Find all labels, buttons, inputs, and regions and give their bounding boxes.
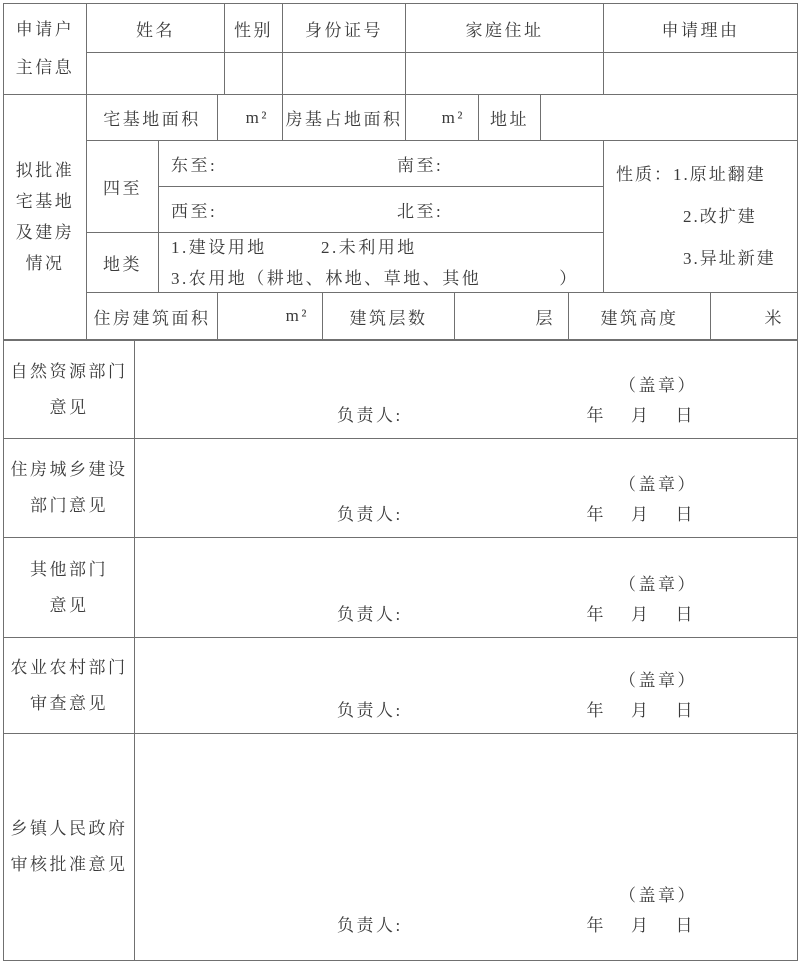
natural-resources-opinion-label: 自然资源部门 意见 xyxy=(4,340,135,439)
boundary-west-north-cell[interactable]: 西至: 北至: xyxy=(159,187,604,233)
date-placeholder: 年 月 日 xyxy=(587,401,798,431)
land-type-option-3: 3.农用地（耕地、林地、草地、其他 ） xyxy=(171,263,579,294)
floor-area-label: 住房建筑面积 xyxy=(87,293,218,340)
boundary-south-label: 南至: xyxy=(397,151,443,176)
boundary-west-label: 西至: xyxy=(171,197,397,222)
homestead-area-unit-cell[interactable]: m² xyxy=(218,95,283,141)
month-label: 月 xyxy=(631,696,651,726)
land-type-label: 地类 xyxy=(87,233,159,293)
month-label: 月 xyxy=(631,911,651,941)
other-departments-opinion-label: 其他部门 意见 xyxy=(4,538,135,638)
date-placeholder: 年 月 日 xyxy=(587,696,798,726)
boundaries-label: 四至 xyxy=(87,141,159,233)
construction-nature-cell: 性质：1.原址翻建 2.改扩建 3.异址新建 xyxy=(604,141,798,293)
year-label: 年 xyxy=(587,696,607,726)
homestead-area-label: 宅基地面积 xyxy=(87,95,218,141)
seal-placeholder: （盖章） xyxy=(135,881,797,911)
floors-label: 建筑层数 xyxy=(323,293,455,340)
opinion-label-line: 审核批准意见 xyxy=(11,847,128,883)
person-in-charge-label: 负责人: xyxy=(337,401,403,431)
land-type-option-1: 1.建设用地 xyxy=(171,233,321,263)
month-label: 月 xyxy=(631,401,651,431)
year-label: 年 xyxy=(587,600,607,630)
plot-address-label: 地址 xyxy=(479,95,541,141)
person-in-charge-label: 负责人: xyxy=(337,911,403,941)
reason-header: 申请理由 xyxy=(604,4,798,53)
natural-resources-opinion-cell[interactable]: （盖章） 负责人: 年 月 日 xyxy=(135,340,798,439)
day-label: 日 xyxy=(676,600,696,630)
day-label: 日 xyxy=(676,696,696,726)
reason-input-cell[interactable] xyxy=(604,53,798,95)
opinion-label-line: 部门意见 xyxy=(30,488,108,524)
nature-option-3: 3.异址新建 xyxy=(604,238,776,280)
month-label: 月 xyxy=(631,500,651,530)
nature-option-2: 2.改扩建 xyxy=(604,196,757,238)
opinion-label-line: 农业农村部门 xyxy=(11,650,128,686)
floor-area-unit-cell[interactable]: m² xyxy=(218,293,323,340)
year-label: 年 xyxy=(587,401,607,431)
boundary-east-label: 东至: xyxy=(171,151,397,176)
applicant-section-label: 申请户 主信息 xyxy=(4,4,87,95)
person-in-charge-label: 负责人: xyxy=(337,600,403,630)
building-height-unit-cell[interactable]: 米 xyxy=(711,293,798,340)
gender-input-cell[interactable] xyxy=(225,53,283,95)
house-base-area-unit-cell[interactable]: m² xyxy=(406,95,479,141)
applicant-label-line2: 主信息 xyxy=(16,49,75,87)
boundary-north-label: 北至: xyxy=(397,197,443,222)
person-in-charge-label: 负责人: xyxy=(337,696,403,726)
opinion-label-line: 自然资源部门 xyxy=(11,354,128,390)
year-label: 年 xyxy=(587,911,607,941)
land-type-options-cell[interactable]: 1.建设用地 2.未利用地 3.农用地（耕地、林地、草地、其他 ） xyxy=(159,233,604,293)
agriculture-rural-opinion-label: 农业农村部门 审查意见 xyxy=(4,638,135,734)
opinion-label-line: 住房城乡建设 xyxy=(11,452,128,488)
homestead-label-line1: 拟批准 xyxy=(16,155,75,186)
day-label: 日 xyxy=(676,911,696,941)
land-type-option-2: 2.未利用地 xyxy=(321,233,417,263)
id-number-input-cell[interactable] xyxy=(283,53,406,95)
gender-header: 性别 xyxy=(225,4,283,53)
opinion-label-line: 意见 xyxy=(50,390,89,426)
id-number-header: 身份证号 xyxy=(283,4,406,53)
form-table: 申请户 主信息 姓名 性别 身份证号 家庭住址 申请理由 拟批准 宅基地 及建房… xyxy=(3,3,798,961)
plot-address-input-cell[interactable] xyxy=(541,95,798,141)
date-placeholder: 年 月 日 xyxy=(587,911,798,941)
opinion-label-line: 审查意见 xyxy=(30,686,108,722)
seal-placeholder: （盖章） xyxy=(135,470,797,500)
name-input-cell[interactable] xyxy=(87,53,225,95)
date-placeholder: 年 月 日 xyxy=(587,600,798,630)
applicant-label-line1: 申请户 xyxy=(16,11,75,49)
seal-placeholder: （盖章） xyxy=(135,570,797,600)
homestead-section-label: 拟批准 宅基地 及建房 情况 xyxy=(4,95,87,340)
opinion-label-line: 意见 xyxy=(50,588,89,624)
name-header: 姓名 xyxy=(87,4,225,53)
nature-option-1: 性质：1.原址翻建 xyxy=(604,154,766,196)
seal-placeholder: （盖章） xyxy=(135,666,797,696)
seal-placeholder: （盖章） xyxy=(135,371,797,401)
floors-unit-cell[interactable]: 层 xyxy=(455,293,569,340)
house-base-area-label: 房基占地面积 xyxy=(283,95,406,141)
home-address-header: 家庭住址 xyxy=(406,4,604,53)
homestead-label-line3: 及建房 xyxy=(16,217,75,248)
other-departments-opinion-cell[interactable]: （盖章） 负责人: 年 月 日 xyxy=(135,538,798,638)
housing-construction-opinion-cell[interactable]: （盖章） 负责人: 年 月 日 xyxy=(135,439,798,538)
day-label: 日 xyxy=(676,500,696,530)
day-label: 日 xyxy=(676,401,696,431)
opinion-label-line: 乡镇人民政府 xyxy=(11,811,128,847)
homestead-application-form: 申请户 主信息 姓名 性别 身份证号 家庭住址 申请理由 拟批准 宅基地 及建房… xyxy=(0,0,800,966)
homestead-label-line4: 情况 xyxy=(26,248,65,279)
township-government-approval-cell[interactable]: （盖章） 负责人: 年 月 日 xyxy=(135,734,798,961)
home-address-input-cell[interactable] xyxy=(406,53,604,95)
township-government-approval-label: 乡镇人民政府 审核批准意见 xyxy=(4,734,135,961)
agriculture-rural-opinion-cell[interactable]: （盖章） 负责人: 年 月 日 xyxy=(135,638,798,734)
year-label: 年 xyxy=(587,500,607,530)
person-in-charge-label: 负责人: xyxy=(337,500,403,530)
boundary-east-south-cell[interactable]: 东至: 南至: xyxy=(159,141,604,187)
homestead-label-line2: 宅基地 xyxy=(16,186,75,217)
opinion-label-line: 其他部门 xyxy=(30,552,108,588)
month-label: 月 xyxy=(631,600,651,630)
building-height-label: 建筑高度 xyxy=(569,293,711,340)
date-placeholder: 年 月 日 xyxy=(587,500,798,530)
housing-construction-opinion-label: 住房城乡建设 部门意见 xyxy=(4,439,135,538)
